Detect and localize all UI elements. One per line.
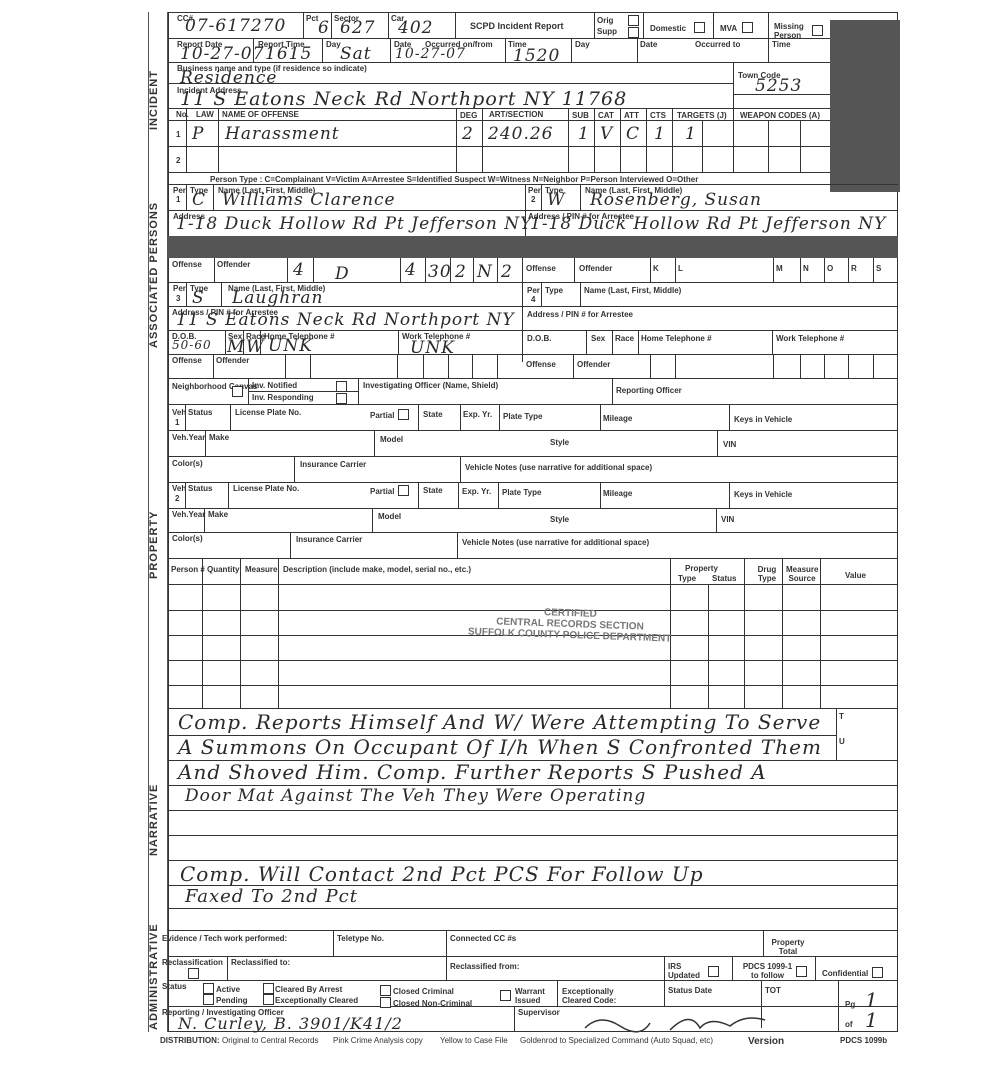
mva-checkbox[interactable] bbox=[742, 22, 753, 33]
date2-label: Date bbox=[640, 40, 657, 49]
active-checkbox[interactable] bbox=[203, 983, 214, 994]
per1-number: 1 bbox=[176, 195, 180, 204]
property-total-label: Property Total bbox=[768, 938, 808, 956]
per2-s-label: S bbox=[876, 264, 881, 273]
redaction-bar bbox=[168, 236, 898, 258]
property-value-header: Value bbox=[845, 571, 866, 580]
veh1-state-label: State bbox=[423, 410, 443, 419]
reporting-officer-signature[interactable]: N. Curley, B. 3901/K41/2 bbox=[178, 1014, 403, 1033]
property-status-subheader: Status bbox=[712, 574, 736, 583]
incident-address-value[interactable]: 11 S Eatons Neck Rd Northport NY 11768 bbox=[180, 88, 627, 110]
exc-cleared-code-label: Exceptionally Cleared Code: bbox=[562, 987, 632, 1005]
per3-number: 3 bbox=[176, 294, 180, 303]
investigating-officer-label: Investigating Officer (Name, Shield) bbox=[363, 381, 498, 390]
veh1-insurance-label: Insurance Carrier bbox=[300, 460, 366, 469]
veh1-vin-label: VIN bbox=[723, 440, 736, 449]
per3-name-value[interactable]: Laughran bbox=[232, 288, 323, 308]
offense-cts-header: CTS bbox=[650, 111, 666, 120]
veh1-number: 1 bbox=[175, 418, 179, 427]
veh1-plate-type-label: Plate Type bbox=[503, 412, 542, 421]
inv-notified-label: Inv. Notified bbox=[252, 381, 297, 390]
property-quantity-header: Quantity bbox=[207, 565, 239, 574]
per2-m-label: M bbox=[776, 264, 783, 273]
veh2-year-label: Veh.Year bbox=[172, 510, 205, 519]
offense-art[interactable]: 240.26 bbox=[488, 124, 553, 144]
per1-address-value[interactable]: 1-18 Duck Hollow Rd Pt Jefferson NY bbox=[176, 214, 532, 234]
per2-r-label: R bbox=[851, 264, 857, 273]
distribution-item: Pink Crime Analysis copy bbox=[333, 1036, 423, 1045]
person-type-legend: Person Type : C=Complainant V=Victim A=A… bbox=[210, 175, 698, 184]
per2-k-label: K bbox=[653, 264, 659, 273]
offense-deg[interactable]: 2 bbox=[462, 124, 474, 144]
narrative-line[interactable]: Comp. Will Contact 2nd Pct PCS For Follo… bbox=[180, 862, 704, 886]
status-label: Status bbox=[162, 982, 186, 991]
offense-art-header: ART/SECTION bbox=[489, 110, 543, 119]
per1-m-value[interactable]: 4 bbox=[405, 260, 417, 280]
missing-person-checkbox[interactable] bbox=[812, 25, 823, 36]
report-time-value[interactable]: 1615 bbox=[265, 44, 312, 64]
offense-deg-header: DEG bbox=[460, 111, 477, 120]
per3-type-value[interactable]: S bbox=[192, 288, 205, 308]
reclassified-from-label: Reclassified from: bbox=[450, 962, 519, 971]
inv-responding-checkbox[interactable] bbox=[336, 393, 347, 404]
narrative-t-marker: T bbox=[839, 712, 844, 721]
veh2-partial-checkbox[interactable] bbox=[398, 485, 409, 496]
occurred-to-label: Occurred to bbox=[695, 40, 740, 49]
reclassified-to-label: Reclassified to: bbox=[231, 958, 290, 967]
per2-number: 2 bbox=[531, 195, 535, 204]
exceptionally-cleared-label: Exceptionally Cleared bbox=[275, 996, 358, 1005]
inv-responding-label: Inv. Responding bbox=[252, 393, 314, 402]
pending-checkbox[interactable] bbox=[203, 994, 214, 1005]
orig-label: Orig bbox=[597, 16, 613, 25]
property-measure-source-header: Measure Source bbox=[786, 565, 818, 583]
per3-label: Per bbox=[173, 284, 186, 293]
veh2-insurance-label: Insurance Carrier bbox=[296, 535, 362, 544]
warrant-issued-label: Warrant Issued bbox=[515, 987, 549, 1005]
veh2-number: 2 bbox=[175, 494, 179, 503]
veh1-plate-label: License Plate No. bbox=[235, 408, 301, 417]
per3-sex-value[interactable]: M bbox=[227, 337, 245, 357]
per1-o-value[interactable]: 2 bbox=[455, 262, 467, 282]
section-label-associated-persons: ASSOCIATED PERSONS bbox=[148, 195, 166, 355]
veh1-notes-label: Vehicle Notes (use narrative for additio… bbox=[465, 463, 652, 472]
per3-dob-value[interactable]: 50-60 bbox=[172, 338, 212, 352]
per4-offense-label: Offense bbox=[526, 360, 556, 369]
cc-value[interactable]: 07-617270 bbox=[185, 16, 286, 36]
per3-race-value[interactable]: W bbox=[246, 337, 264, 357]
narrative-line[interactable]: Door Mat Against The Veh They Were Opera… bbox=[185, 786, 646, 806]
confidential-checkbox[interactable] bbox=[872, 967, 883, 978]
form-number: PDCS 1099b bbox=[840, 1036, 887, 1045]
occurred-date-value[interactable]: 10-27-07 bbox=[395, 46, 466, 62]
per4-home-phone-label: Home Telephone # bbox=[641, 334, 712, 343]
offense-weapon-header: WEAPON CODES (A) bbox=[740, 111, 820, 120]
per1-l-value[interactable]: D bbox=[335, 264, 350, 284]
veh2-style-label: Style bbox=[550, 515, 569, 524]
property-description-header: Description (include make, model, serial… bbox=[283, 565, 471, 574]
property-type-subheader: Type bbox=[678, 574, 696, 583]
per1-offender-label: Offender bbox=[217, 260, 250, 269]
per2-offense-label: Offense bbox=[526, 264, 556, 273]
per2-offender-label: Offender bbox=[579, 264, 612, 273]
veh1-exp-label: Exp. Yr. bbox=[463, 410, 492, 419]
offense-cat-header: CAT bbox=[598, 111, 614, 120]
domestic-label: Domestic bbox=[650, 24, 686, 33]
veh1-keys-label: Keys in Vehicle bbox=[734, 415, 792, 424]
veh2-vin-label: VIN bbox=[721, 515, 734, 524]
narrative-line[interactable]: And Shoved Him. Comp. Further Reports S … bbox=[178, 760, 767, 784]
exceptionally-cleared-checkbox[interactable] bbox=[263, 994, 274, 1005]
pdcs-follow-label: PDCS 1099-1 to follow bbox=[740, 962, 795, 980]
offense-sub[interactable]: 1 bbox=[578, 124, 590, 144]
veh2-status-label: Status bbox=[188, 484, 212, 493]
offense-law[interactable]: P bbox=[192, 124, 204, 144]
of-value[interactable]: 1 bbox=[865, 1008, 879, 1032]
veh2-notes-label: Vehicle Notes (use narrative for additio… bbox=[462, 538, 649, 547]
per2-type-value[interactable]: W bbox=[547, 190, 565, 210]
cleared-arrest-checkbox[interactable] bbox=[263, 983, 274, 994]
closed-noncriminal-checkbox[interactable] bbox=[380, 997, 391, 1008]
per4-number: 4 bbox=[531, 295, 535, 304]
day-label: Day bbox=[326, 40, 341, 49]
veh2-colors-label: Color(s) bbox=[172, 534, 203, 543]
orig-checkbox[interactable] bbox=[628, 15, 639, 26]
report-date-value[interactable]: 10-27-07 bbox=[180, 44, 264, 64]
offense-targets[interactable]: 1 bbox=[685, 124, 697, 144]
of-label: of bbox=[845, 1020, 853, 1029]
per4-type-label: Type bbox=[545, 286, 563, 295]
per2-o-label: O bbox=[827, 264, 833, 273]
per2-n-label: N bbox=[803, 264, 809, 273]
tot-label: TOT bbox=[765, 986, 781, 995]
closed-criminal-label: Closed Criminal bbox=[393, 987, 454, 996]
per1-r-value[interactable]: N bbox=[477, 262, 493, 282]
irs-updated-label: IRS Updated bbox=[668, 962, 696, 980]
per1-type-value[interactable]: C bbox=[192, 190, 206, 210]
offense-targets-header: TARGETS (J) bbox=[677, 111, 727, 120]
reclassification-checkbox[interactable] bbox=[188, 968, 199, 979]
redaction-block bbox=[830, 20, 900, 192]
property-person-header: Person # bbox=[171, 565, 205, 574]
veh2-exp-label: Exp. Yr. bbox=[462, 487, 491, 496]
neighborhood-canvas-checkbox[interactable] bbox=[232, 386, 243, 397]
per4-dob-label: D.O.B. bbox=[527, 334, 551, 343]
veh2-mileage-label: Mileage bbox=[603, 489, 632, 498]
distribution-label: DISTRIBUTION: bbox=[160, 1036, 220, 1045]
narrative-line[interactable]: Comp. Reports Himself And W/ Were Attemp… bbox=[178, 710, 821, 734]
narrative-line[interactable]: A Summons On Occupant Of I/h When S Conf… bbox=[178, 735, 822, 759]
day2-label: Day bbox=[575, 40, 590, 49]
evidence-label: Evidence / Tech work performed: bbox=[162, 934, 287, 943]
veh2-plate-type-label: Plate Type bbox=[502, 488, 541, 497]
per2-l-label: L bbox=[678, 264, 683, 273]
reclassification-label: Reclassification bbox=[162, 958, 223, 967]
offense-name-header: NAME OF OFFENSE bbox=[222, 110, 299, 119]
closed-criminal-checkbox[interactable] bbox=[380, 985, 391, 996]
per1-k-value[interactable]: 4 bbox=[293, 260, 305, 280]
pdcs-follow-checkbox[interactable] bbox=[796, 966, 807, 977]
closed-noncriminal-label: Closed Non-Criminal bbox=[393, 999, 472, 1008]
section-label-property: PROPERTY bbox=[148, 490, 166, 600]
reporting-officer-label: Reporting Officer bbox=[616, 386, 682, 395]
status-date-label: Status Date bbox=[668, 986, 712, 995]
offense-cat[interactable]: V bbox=[600, 124, 613, 144]
time2-label: Time bbox=[772, 40, 791, 49]
day-value[interactable]: Sat bbox=[340, 44, 372, 64]
per1-n-value[interactable]: 30 bbox=[428, 262, 452, 282]
per1-offense-label: Offense bbox=[172, 260, 202, 269]
per3-home-phone-value[interactable]: UNK bbox=[268, 336, 313, 356]
supervisor-signature[interactable] bbox=[580, 1008, 780, 1036]
offense-att-header: ATT bbox=[624, 111, 639, 120]
time-value[interactable]: 1520 bbox=[513, 46, 560, 66]
per4-race-label: Race bbox=[615, 334, 634, 343]
cleared-arrest-label: Cleared By Arrest bbox=[275, 985, 342, 994]
veh1-model-label: Model bbox=[380, 435, 403, 444]
pct-label: Pct bbox=[306, 14, 318, 23]
irs-updated-checkbox[interactable] bbox=[708, 966, 719, 977]
property-measure-header: Measure bbox=[245, 565, 277, 574]
per2-label: Per bbox=[528, 186, 541, 195]
offense-sub-header: SUB bbox=[572, 111, 589, 120]
car-value[interactable]: 402 bbox=[398, 18, 433, 38]
property-type-header: Property bbox=[685, 564, 718, 573]
veh1-make-label: Make bbox=[209, 433, 229, 442]
distribution-item: Goldenrod to Specialized Command (Auto S… bbox=[520, 1036, 713, 1045]
per4-sex-label: Sex bbox=[591, 334, 605, 343]
narrative-u-marker: U bbox=[839, 737, 845, 746]
domestic-checkbox[interactable] bbox=[694, 22, 705, 33]
per3-offense-label: Offense bbox=[172, 356, 202, 365]
per4-work-phone-label: Work Telephone # bbox=[776, 334, 844, 343]
veh1-colors-label: Color(s) bbox=[172, 459, 203, 468]
version-label: Version bbox=[748, 1036, 784, 1047]
veh2-keys-label: Keys in Vehicle bbox=[734, 490, 792, 499]
offense-law-header: LAW bbox=[196, 110, 214, 119]
per4-label: Per bbox=[527, 286, 540, 295]
supp-checkbox[interactable] bbox=[628, 27, 639, 38]
warrant-issued-checkbox[interactable] bbox=[500, 990, 511, 1001]
per1-name-value[interactable]: Williams Clarence bbox=[222, 190, 396, 210]
per4-offender-label: Offender bbox=[577, 360, 610, 369]
per3-offender-label: Offender bbox=[216, 356, 249, 365]
pg-label: Pg bbox=[845, 1000, 855, 1009]
veh1-mileage-label: Mileage bbox=[603, 414, 632, 423]
veh2-model-label: Model bbox=[378, 512, 401, 521]
distribution-item: Yellow to Case File bbox=[440, 1036, 508, 1045]
per1-label: Per bbox=[173, 186, 186, 195]
per4-name-label: Name (Last, First, Middle) bbox=[584, 286, 681, 295]
active-label: Active bbox=[216, 985, 240, 994]
supp-label: Supp bbox=[597, 27, 617, 36]
per2-name-value[interactable]: Rosenberg, Susan bbox=[590, 190, 762, 210]
pending-label: Pending bbox=[216, 996, 248, 1005]
business-value[interactable]: Residence bbox=[180, 68, 278, 88]
veh1-partial-checkbox[interactable] bbox=[398, 409, 409, 420]
veh1-year-label: Veh.Year bbox=[172, 433, 205, 442]
veh1-partial-label: Partial bbox=[370, 411, 394, 420]
veh2-partial-label: Partial bbox=[370, 487, 394, 496]
town-code-value[interactable]: 5253 bbox=[755, 76, 802, 96]
confidential-label: Confidential bbox=[822, 969, 868, 978]
per1-s-value[interactable]: 2 bbox=[501, 262, 513, 282]
mva-label: MVA bbox=[720, 24, 737, 33]
per4-address-label: Address / PIN # for Arrestee bbox=[527, 310, 633, 319]
teletype-label: Teletype No. bbox=[337, 934, 384, 943]
offense-name[interactable]: Harassment bbox=[225, 124, 340, 144]
veh2-make-label: Make bbox=[208, 510, 228, 519]
form-title: SCPD Incident Report bbox=[470, 22, 564, 31]
narrative-line[interactable]: Faxed To 2nd Pct bbox=[185, 886, 358, 907]
property-drug-type-header: Drug Type bbox=[755, 565, 779, 583]
missing-person-label: Missing Person bbox=[774, 22, 814, 40]
section-label-narrative: NARRATIVE bbox=[148, 760, 166, 880]
offense-cts[interactable]: 1 bbox=[654, 124, 666, 144]
neighborhood-canvas-label: Neighborhood Canvas bbox=[172, 382, 257, 391]
veh1-style-label: Style bbox=[550, 438, 569, 447]
offense-att[interactable]: C bbox=[626, 124, 640, 144]
veh2-state-label: State bbox=[423, 486, 443, 495]
distribution-item: Original to Central Records bbox=[222, 1036, 318, 1045]
per2-address-value[interactable]: 1-18 Duck Hollow Rd Pt Jefferson NY bbox=[530, 214, 886, 234]
supervisor-label: Supervisor bbox=[518, 1008, 560, 1017]
sector-value[interactable]: 627 bbox=[340, 18, 375, 38]
veh1-status-label: Status bbox=[188, 408, 212, 417]
pct-value[interactable]: 6 bbox=[318, 18, 330, 38]
connected-cc-label: Connected CC #s bbox=[450, 934, 516, 943]
veh2-plate-label: License Plate No. bbox=[233, 484, 299, 493]
section-label-incident: INCIDENT bbox=[148, 40, 166, 160]
per3-address-value[interactable]: 11 S Eatons Neck Rd Northport NY bbox=[176, 310, 515, 330]
